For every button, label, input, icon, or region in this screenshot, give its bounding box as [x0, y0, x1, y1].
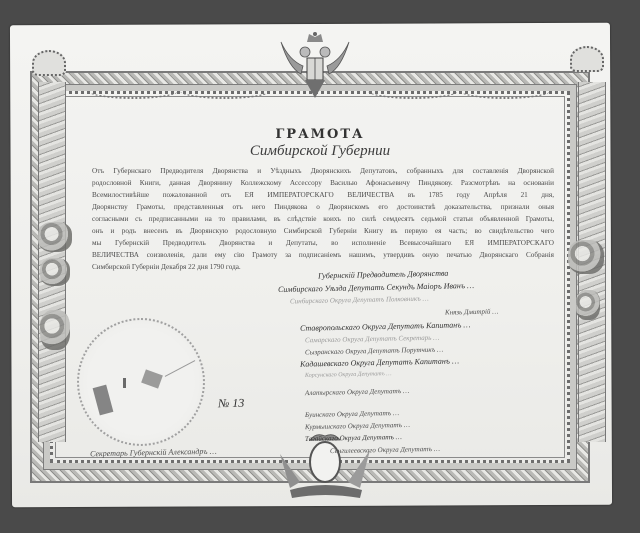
- document-subtitle: Симбирской Губернии: [0, 143, 640, 160]
- body-line: родословной Книги, данная Дворянину Колл…: [92, 177, 554, 189]
- garland-swag-icon: [180, 83, 270, 99]
- garland-swag-icon: [368, 83, 458, 99]
- document-title: ГРАМОТА: [0, 127, 640, 142]
- signature-line: Князь Дмитрій …: [445, 307, 499, 316]
- corner-ornament-icon: [570, 46, 604, 72]
- body-line: Всемилостивѣйше пожалованной отъ ЕЯ ИМПЕ…: [92, 189, 554, 201]
- garland-swag-icon: [88, 83, 178, 99]
- left-trophy-icon: [40, 310, 70, 350]
- body-line: Дворянству Грамоты, представленныя отъ н…: [92, 201, 554, 213]
- body-line: онъ и родъ внесенъ въ Дворянскую родосло…: [92, 225, 554, 237]
- registry-number: № 13: [218, 396, 245, 412]
- double-headed-eagle-icon: [275, 30, 355, 100]
- document-body: Отъ Губернскаго Предводителя Дворянства …: [92, 165, 554, 273]
- body-line: согласными съ предписанными на то правил…: [92, 213, 554, 225]
- right-trophy-icon: [576, 290, 600, 320]
- seal-fragment-icon: [123, 378, 126, 388]
- corner-ornament-icon: [32, 50, 66, 76]
- body-line: ВЕЛИЧЕСТВА соизволенія, дали ему сію Гра…: [92, 249, 554, 261]
- body-line: мы Губернскій Предводитель Дворянства и …: [92, 237, 554, 249]
- garland-swag-icon: [460, 83, 550, 99]
- left-trophy-icon: [38, 222, 72, 252]
- right-trophy-icon: [568, 240, 604, 274]
- left-trophy-icon: [40, 258, 70, 286]
- body-line: Отъ Губернскаго Предводителя Дворянства …: [92, 165, 554, 177]
